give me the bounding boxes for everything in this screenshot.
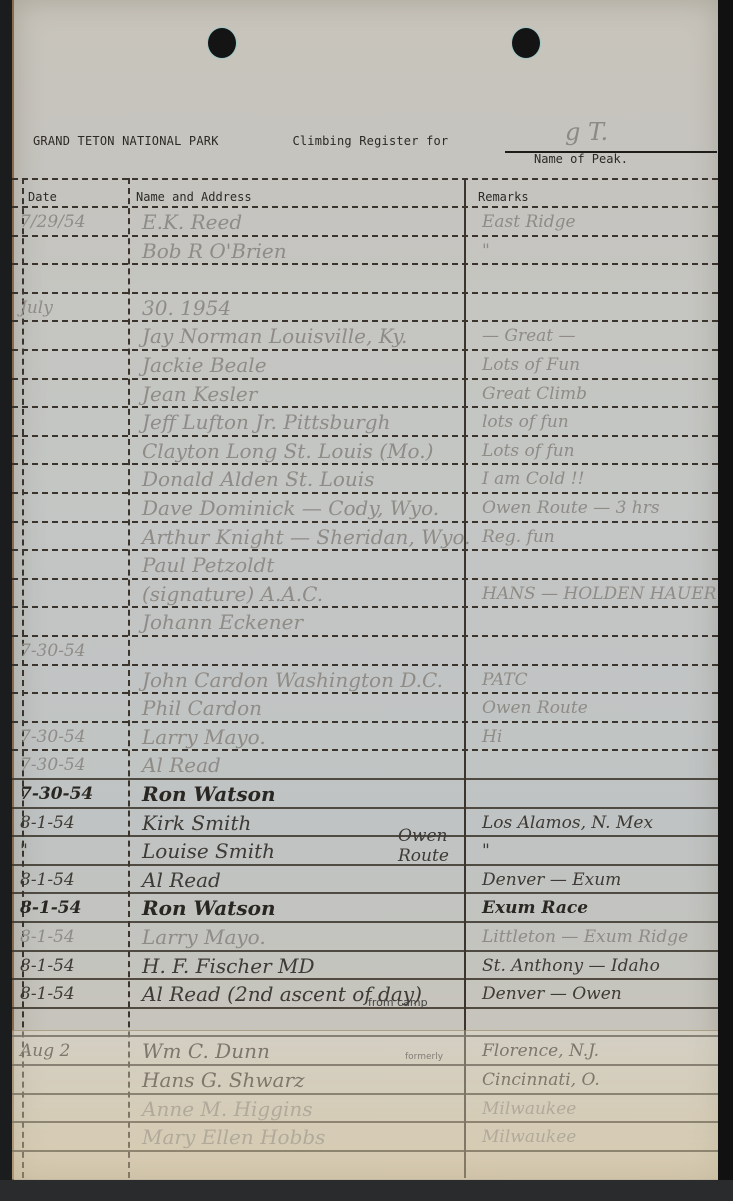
owen-route-margin-note: Owen Route [398,826,458,866]
entry-date [20,322,130,350]
entry-name: Jay Norman Louisville, Ky. [142,322,472,350]
register-entry: July30. 1954 [12,294,718,322]
register-entry: 7-30-54Al Read [12,751,718,779]
entry-date: 8-1-54 [20,809,130,837]
entry-remarks: Lots of fun [482,437,718,465]
entry-remarks: lots of fun [482,408,718,436]
register-label: Climbing Register for [292,134,448,148]
register-entry: 8-1-54Al ReadDenver — Exum [12,866,718,894]
register-entry: Paul Petzoldt [12,551,718,579]
entry-date [20,580,130,608]
entry-remarks: " [482,837,718,865]
entry-remarks: Exum Race [482,894,718,922]
header-rule [12,178,718,180]
entry-remarks [482,294,718,322]
entry-remarks [482,265,718,293]
entry-remarks: — Great — [482,322,718,350]
entry-name: Jean Kesler [142,380,472,408]
register-entry [12,265,718,293]
register-entry: 7/29/54E.K. ReedEast Ridge [12,208,718,236]
entry-date [20,666,130,694]
entry-date: " [20,837,130,865]
entry-remarks: PATC [482,666,718,694]
entry-date [20,465,130,493]
column-header-remarks: Remarks [478,190,529,204]
register-entry: 8-1-54Kirk SmithLos Alamos, N. Mex [12,809,718,837]
entry-remarks: Los Alamos, N. Mex [482,809,718,837]
entry-name: H. F. Fischer MD [142,952,472,980]
tape-overlay [12,1030,718,1179]
entry-remarks: HANS — HOLDEN HAUER [482,580,718,608]
entry-name: Dave Dominick — Cody, Wyo. [142,494,472,522]
entry-date: 7/29/54 [20,208,130,236]
entry-date: 8-1-54 [20,894,130,922]
entry-date [20,523,130,551]
entry-date [20,380,130,408]
entry-date [20,351,130,379]
entry-date: July [20,294,130,322]
punch-hole-right [512,28,540,58]
register-entry: 7-30-54Ron Watson [12,780,718,808]
entry-name: Ron Watson [142,894,472,922]
entry-name: (signature) A.A.C. [142,580,472,608]
entry-remarks [482,551,718,579]
entry-name: Al Read [142,751,472,779]
entry-name: Clayton Long St. Louis (Mo.) [142,437,472,465]
entry-date: 8-1-54 [20,923,130,951]
entry-date: 7-30-54 [20,751,130,779]
register-entry: 8-1-54Larry Mayo.Littleton — Exum Ridge [12,923,718,951]
entry-remarks [482,637,718,665]
entry-date: 8-1-54 [20,952,130,980]
register-entry: Bob R O'Brien" [12,237,718,265]
entry-remarks: Reg. fun [482,523,718,551]
register-entry: Jackie BealeLots of Fun [12,351,718,379]
entry-remarks [482,751,718,779]
entry-remarks: Denver — Owen [482,980,718,1008]
background-bottom [0,1180,733,1201]
entry-name: Phil Cardon [142,694,472,722]
register-entry: 8-1-54Al Read (2nd ascent of day)Denver … [12,980,718,1008]
entry-date [20,608,130,636]
entry-name: Al Read [142,866,472,894]
park-name: GRAND TETON NATIONAL PARK [33,134,285,148]
entry-date: 7-30-54 [20,723,130,751]
punch-hole-left [208,28,236,58]
entry-remarks [482,780,718,808]
register-entry: John Cardon Washington D.C.PATC [12,666,718,694]
entry-date [20,408,130,436]
background-edge [718,0,733,1201]
register-entry: 7-30-54Larry Mayo.Hi [12,723,718,751]
register-entry: Jeff Lufton Jr. Pittsburghlots of fun [12,408,718,436]
register-header: GRAND TETON NATIONAL PARK Climbing Regis… [33,134,448,148]
register-entry: Jean KeslerGreat Climb [12,380,718,408]
entry-remarks: Hi [482,723,718,751]
register-entry: Donald Alden St. LouisI am Cold !! [12,465,718,493]
entry-name: 30. 1954 [142,294,472,322]
entry-name: Johann Eckener [142,608,472,636]
register-entry: (signature) A.A.C.HANS — HOLDEN HAUER [12,580,718,608]
entry-remarks: East Ridge [482,208,718,236]
column-header-name: Name and Address [136,190,252,204]
column-header-date: Date [28,190,57,204]
entry-date [20,551,130,579]
register-entry: "Louise Smith" [12,837,718,865]
entry-date [20,694,130,722]
peak-name-handwritten: g T. [565,118,608,146]
entry-name: E.K. Reed [142,208,472,236]
entry-name: Larry Mayo. [142,723,472,751]
register-entry: 8-1-54Ron WatsonExum Race [12,894,718,922]
entry-remarks: St. Anthony — Idaho [482,952,718,980]
entry-remarks: " [482,237,718,265]
entry-remarks: Littleton — Exum Ridge [482,923,718,951]
entry-remarks: Owen Route — 3 hrs [482,494,718,522]
entry-date [20,494,130,522]
entry-date: 8-1-54 [20,866,130,894]
entry-name [142,265,472,293]
register-entry: Jay Norman Louisville, Ky.— Great — [12,322,718,350]
entry-name [142,637,472,665]
entry-name: Ron Watson [142,780,472,808]
entry-name: Paul Petzoldt [142,551,472,579]
entry-remarks [482,608,718,636]
register-entry: 8-1-54H. F. Fischer MDSt. Anthony — Idah… [12,952,718,980]
register-entry: 7-30-54 [12,637,718,665]
register-entry: Dave Dominick — Cody, Wyo.Owen Route — 3… [12,494,718,522]
entry-remarks: Lots of Fun [482,351,718,379]
register-entry: Johann Eckener [12,608,718,636]
from-camp-note: from camp [368,996,428,1009]
entry-name: Bob R O'Brien [142,237,472,265]
entry-name: Jackie Beale [142,351,472,379]
entry-name: John Cardon Washington D.C. [142,666,472,694]
entry-date: 7-30-54 [20,637,130,665]
entry-remarks: Owen Route [482,694,718,722]
register-entry: Clayton Long St. Louis (Mo.)Lots of fun [12,437,718,465]
entry-name: Larry Mayo. [142,923,472,951]
register-entry: Phil CardonOwen Route [12,694,718,722]
entry-date: 8-1-54 [20,980,130,1008]
entry-name: Jeff Lufton Jr. Pittsburgh [142,408,472,436]
register-entry: Arthur Knight — Sheridan, Wyo.Reg. fun [12,523,718,551]
entry-date: 7-30-54 [20,780,130,808]
entry-remarks: Denver — Exum [482,866,718,894]
entry-remarks: I am Cold !! [482,465,718,493]
entry-remarks: Great Climb [482,380,718,408]
entry-date [20,437,130,465]
peak-field-label: Name of Peak. [534,152,628,166]
entry-name: Arthur Knight — Sheridan, Wyo. [142,523,472,551]
entry-name: Donald Alden St. Louis [142,465,472,493]
entry-date [20,237,130,265]
entry-date [20,265,130,293]
